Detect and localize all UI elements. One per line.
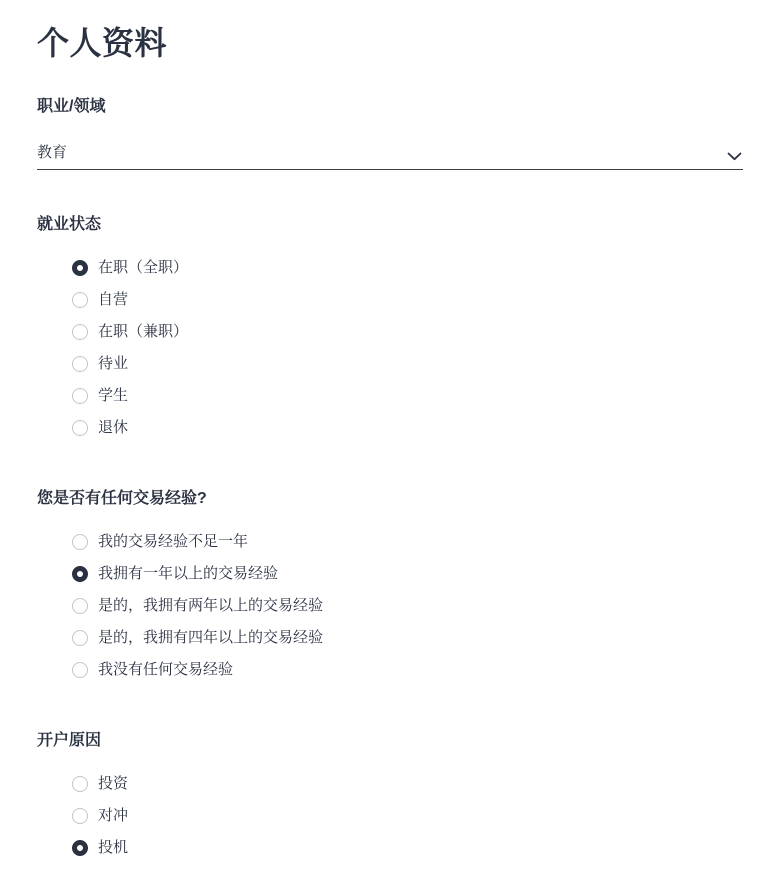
radio-option-label: 投资 [98, 774, 128, 794]
employment-status-options: 在职（全职）自营在职（兼职）待业学生退休 [72, 252, 743, 444]
radio-unselected-icon[interactable] [72, 324, 88, 340]
radio-option-label: 在职（全职） [98, 258, 188, 278]
radio-option-label: 我拥有一年以上的交易经验 [98, 564, 278, 584]
radio-unselected-icon[interactable] [72, 598, 88, 614]
radio-option[interactable]: 我的交易经验不足一年 [72, 526, 743, 558]
radio-unselected-icon[interactable] [72, 292, 88, 308]
trading-experience-options: 我的交易经验不足一年我拥有一年以上的交易经验是的，我拥有两年以上的交易经验是的，… [72, 526, 743, 686]
radio-option-label: 投机 [98, 838, 128, 858]
employment-status-group: 就业状态 在职（全职）自营在职（兼职）待业学生退休 [37, 216, 743, 444]
radio-option[interactable]: 待业 [72, 348, 743, 380]
radio-option[interactable]: 我拥有一年以上的交易经验 [72, 558, 743, 590]
radio-option[interactable]: 自营 [72, 284, 743, 316]
radio-option-label: 待业 [98, 354, 128, 374]
radio-option[interactable]: 退休 [72, 412, 743, 444]
radio-option[interactable]: 学生 [72, 380, 743, 412]
page-title: 个人资料 [37, 26, 743, 60]
radio-selected-icon[interactable] [72, 840, 88, 856]
radio-option[interactable]: 是的，我拥有四年以上的交易经验 [72, 622, 743, 654]
radio-option-label: 对冲 [98, 806, 128, 826]
radio-option-label: 是的，我拥有四年以上的交易经验 [98, 628, 323, 648]
radio-unselected-icon[interactable] [72, 776, 88, 792]
radio-unselected-icon[interactable] [72, 630, 88, 646]
employment-status-label: 就业状态 [37, 216, 743, 233]
occupation-field: 职业/领域 教育 [37, 98, 743, 170]
radio-option-label: 退休 [98, 418, 128, 438]
trading-experience-label: 您是否有任何交易经验? [37, 490, 743, 507]
account-opening-reason-label: 开户原因 [37, 732, 743, 749]
radio-option-label: 在职（兼职） [98, 322, 188, 342]
radio-unselected-icon[interactable] [72, 420, 88, 436]
radio-option[interactable]: 在职（全职） [72, 252, 743, 284]
radio-unselected-icon[interactable] [72, 534, 88, 550]
chevron-down-icon [727, 152, 742, 161]
personal-details-form: 个人资料 职业/领域 教育 就业状态 在职（全职）自营在职（兼职）待业学生退休 … [0, 0, 770, 876]
radio-unselected-icon[interactable] [72, 662, 88, 678]
radio-unselected-icon[interactable] [72, 356, 88, 372]
radio-option[interactable]: 投机 [72, 832, 743, 864]
radio-option[interactable]: 我没有任何交易经验 [72, 654, 743, 686]
radio-unselected-icon[interactable] [72, 388, 88, 404]
radio-option[interactable]: 在职（兼职） [72, 316, 743, 348]
radio-option[interactable]: 对冲 [72, 800, 743, 832]
occupation-select-value: 教育 [37, 145, 67, 161]
radio-option[interactable]: 是的，我拥有两年以上的交易经验 [72, 590, 743, 622]
radio-option-label: 学生 [98, 386, 128, 406]
occupation-label: 职业/领域 [37, 98, 743, 116]
account-opening-reason-group: 开户原因 投资对冲投机 [37, 732, 743, 864]
occupation-select[interactable]: 教育 [37, 144, 743, 170]
radio-unselected-icon[interactable] [72, 808, 88, 824]
radio-selected-icon[interactable] [72, 566, 88, 582]
account-opening-reason-options: 投资对冲投机 [72, 768, 743, 864]
trading-experience-group: 您是否有任何交易经验? 我的交易经验不足一年我拥有一年以上的交易经验是的，我拥有… [37, 490, 743, 686]
radio-option-label: 我的交易经验不足一年 [98, 532, 248, 552]
radio-selected-icon[interactable] [72, 260, 88, 276]
radio-option[interactable]: 投资 [72, 768, 743, 800]
radio-option-label: 我没有任何交易经验 [98, 660, 233, 680]
radio-option-label: 自营 [98, 290, 128, 310]
radio-option-label: 是的，我拥有两年以上的交易经验 [98, 596, 323, 616]
